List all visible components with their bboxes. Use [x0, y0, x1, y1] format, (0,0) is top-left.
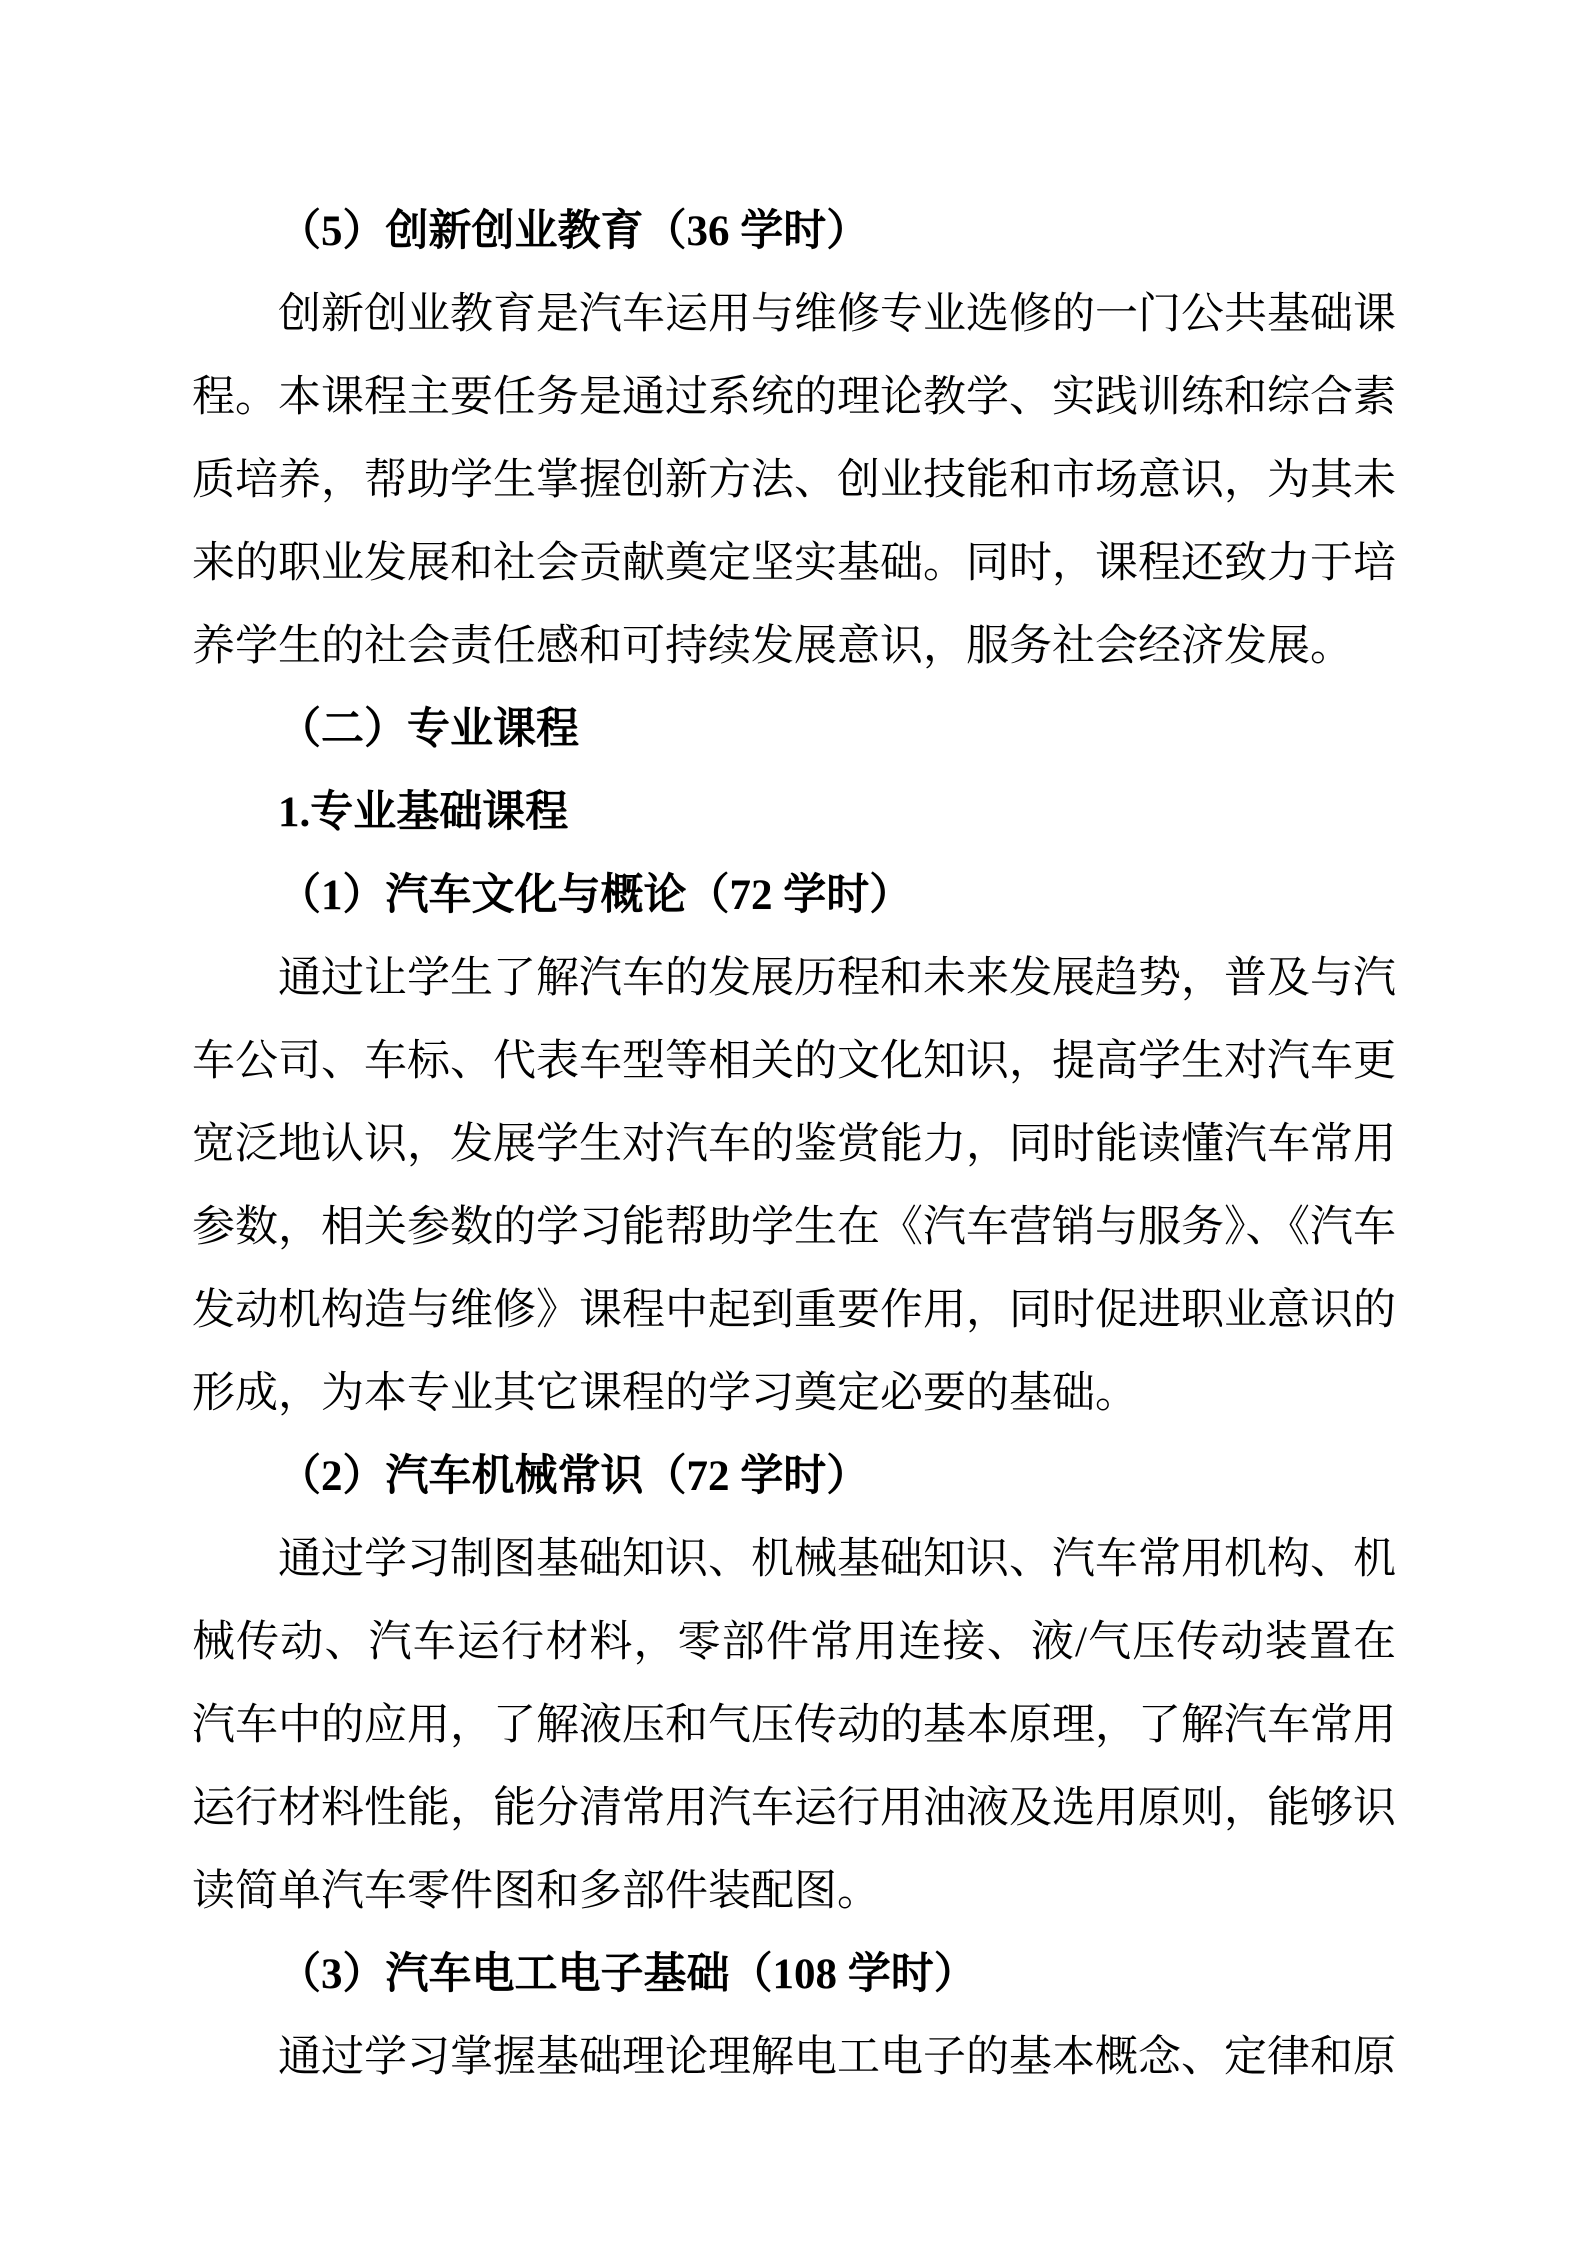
- paragraph-auto-culture-description: 通过让学生了解汽车的发展历程和未来发展趋势，普及与汽车公司、车标、代表车型等相关…: [192, 937, 1396, 1435]
- document-text-area: （5）创新创业教育（36 学时） 创新创业教育是汽车运用与维修专业选修的一门公共…: [192, 190, 1396, 2099]
- heading-course-5-innovation-education: （5）创新创业教育（36 学时）: [192, 190, 1396, 273]
- paragraph-auto-electrics-description: 通过学习掌握基础理论理解电工电子的基本概念、定律和原: [192, 2016, 1396, 2099]
- heading-1-professional-basic-courses: 1.专业基础课程: [192, 771, 1396, 854]
- heading-course-1-auto-culture: （1）汽车文化与概论（72 学时）: [192, 854, 1396, 937]
- paragraph-auto-mechanics-description: 通过学习制图基础知识、机械基础知识、汽车常用机构、机械传动、汽车运行材料，零部件…: [192, 1518, 1396, 1933]
- heading-section-2-professional-courses: （二）专业课程: [192, 688, 1396, 771]
- heading-course-2-auto-mechanics: （2）汽车机械常识（72 学时）: [192, 1435, 1396, 1518]
- heading-course-3-auto-electrics: （3）汽车电工电子基础（108 学时）: [192, 1933, 1396, 2016]
- paragraph-innovation-education-description: 创新创业教育是汽车运用与维修专业选修的一门公共基础课程。本课程主要任务是通过系统…: [192, 273, 1396, 688]
- document-page: （5）创新创业教育（36 学时） 创新创业教育是汽车运用与维修专业选修的一门公共…: [0, 0, 1587, 2245]
